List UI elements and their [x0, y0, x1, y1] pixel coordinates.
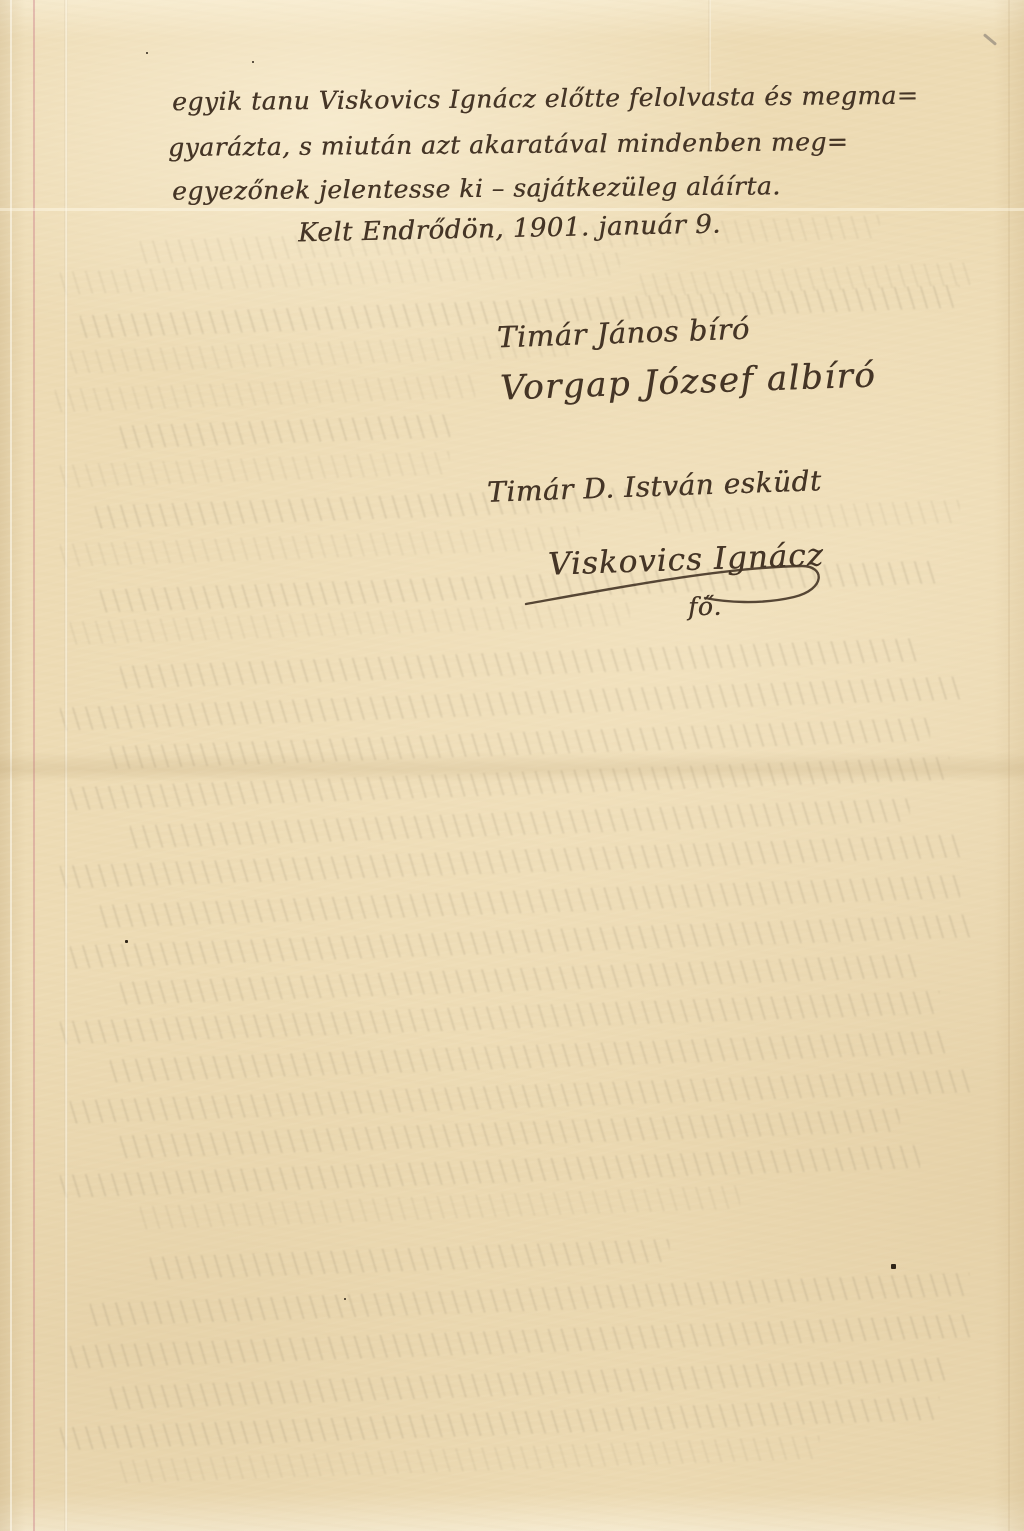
- bleedthrough-line: [150, 1239, 670, 1280]
- bleedthrough-line: [140, 1186, 740, 1230]
- ink-speck: [146, 52, 148, 54]
- signature-juror: Timár D. István esküdt: [487, 464, 823, 509]
- fold-crease-horizontal-upper: [0, 208, 1024, 211]
- body-line-3: egyezőnek jelentesse ki – sajátkezüleg a…: [172, 171, 781, 205]
- ink-speck: [891, 1264, 896, 1269]
- signature-party-note: fő.: [688, 592, 722, 622]
- body-line-2: gyarázta, s miután azt akaratával minden…: [168, 127, 849, 162]
- bleedthrough-line: [55, 375, 476, 413]
- scanned-document-page: egyik tanu Viskovics Ignácz előtte felol…: [0, 0, 1024, 1531]
- bleedthrough-line: [60, 526, 580, 567]
- bleedthrough-line: [70, 333, 570, 373]
- body-line-1: egyik tanu Viskovics Ignácz előtte felol…: [172, 81, 919, 117]
- signature-deputy-judge: Vorgap József albíró: [499, 355, 876, 408]
- bleedthrough-line: [120, 414, 451, 449]
- ink-speck: [252, 61, 254, 63]
- ink-speck: [344, 1298, 346, 1300]
- fold-crease-horizontal-middle: [0, 752, 1024, 782]
- bleedthrough-line: [60, 451, 451, 488]
- ink-speck: [125, 940, 128, 943]
- pencil-slash-mark: [983, 33, 997, 46]
